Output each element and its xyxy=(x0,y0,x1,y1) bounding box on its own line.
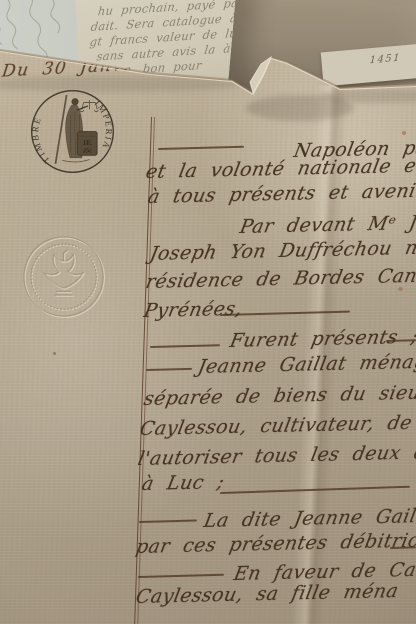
manuscript-line: par ces présentes débitrice ; xyxy=(134,529,416,558)
manuscript-line: Pyrénées, xyxy=(142,298,244,322)
stamp-value-shield: 1F. 25c xyxy=(78,132,98,156)
manuscript-line: Par devant Mᵉ Jea xyxy=(238,211,416,238)
stamp-value-franc: 1F. xyxy=(83,139,92,147)
manuscript-line: résidence de Bordes Canton de xyxy=(144,263,416,293)
notarial-document-sheet: Napoléon par la g et la volonté national… xyxy=(0,0,416,624)
manuscript-line: et la volonté nationale empereu xyxy=(144,153,416,183)
rust-stain xyxy=(402,131,406,135)
filler-rule xyxy=(138,574,224,578)
timbre-imperial-stamp: 1F. 25c TIMBRE IMPERIAL xyxy=(30,89,115,174)
filler-rule xyxy=(146,368,192,371)
manuscript-line: La dite Jeanne Gailla xyxy=(202,505,416,532)
manuscript-line: Furent présents ; xyxy=(228,326,416,352)
photo-of-antique-documents: hu prochain, payé par cette dait. Sera c… xyxy=(0,0,416,624)
imperial-eagle-embossed-seal xyxy=(20,233,108,321)
manuscript-line: Jeanne Gaillat ménagè xyxy=(196,350,416,378)
filler-rule xyxy=(150,344,220,348)
manuscript-line: Joseph Yon Duffréchou no xyxy=(148,237,416,265)
manuscript-line: Caylessou, cultivateur, de lui ici xyxy=(138,410,416,440)
fox-stain xyxy=(398,287,403,291)
manuscript-line: séparée de biens du sieur Anto xyxy=(142,380,416,410)
manuscript-line: à tous présents et avenir sal xyxy=(146,179,416,208)
filler-rule xyxy=(158,146,244,150)
filler-rule xyxy=(139,519,197,522)
manuscript-line: Caylessou, sa fille ména xyxy=(134,580,400,608)
archive-notation: 1451 xyxy=(369,52,401,66)
manuscript-line: l'autoriser tous les deux demeu xyxy=(136,440,416,470)
stamp-value-centimes: 25c xyxy=(83,148,92,155)
manuscript-line: à Luc ; xyxy=(140,471,226,495)
ink-speck xyxy=(53,352,56,355)
